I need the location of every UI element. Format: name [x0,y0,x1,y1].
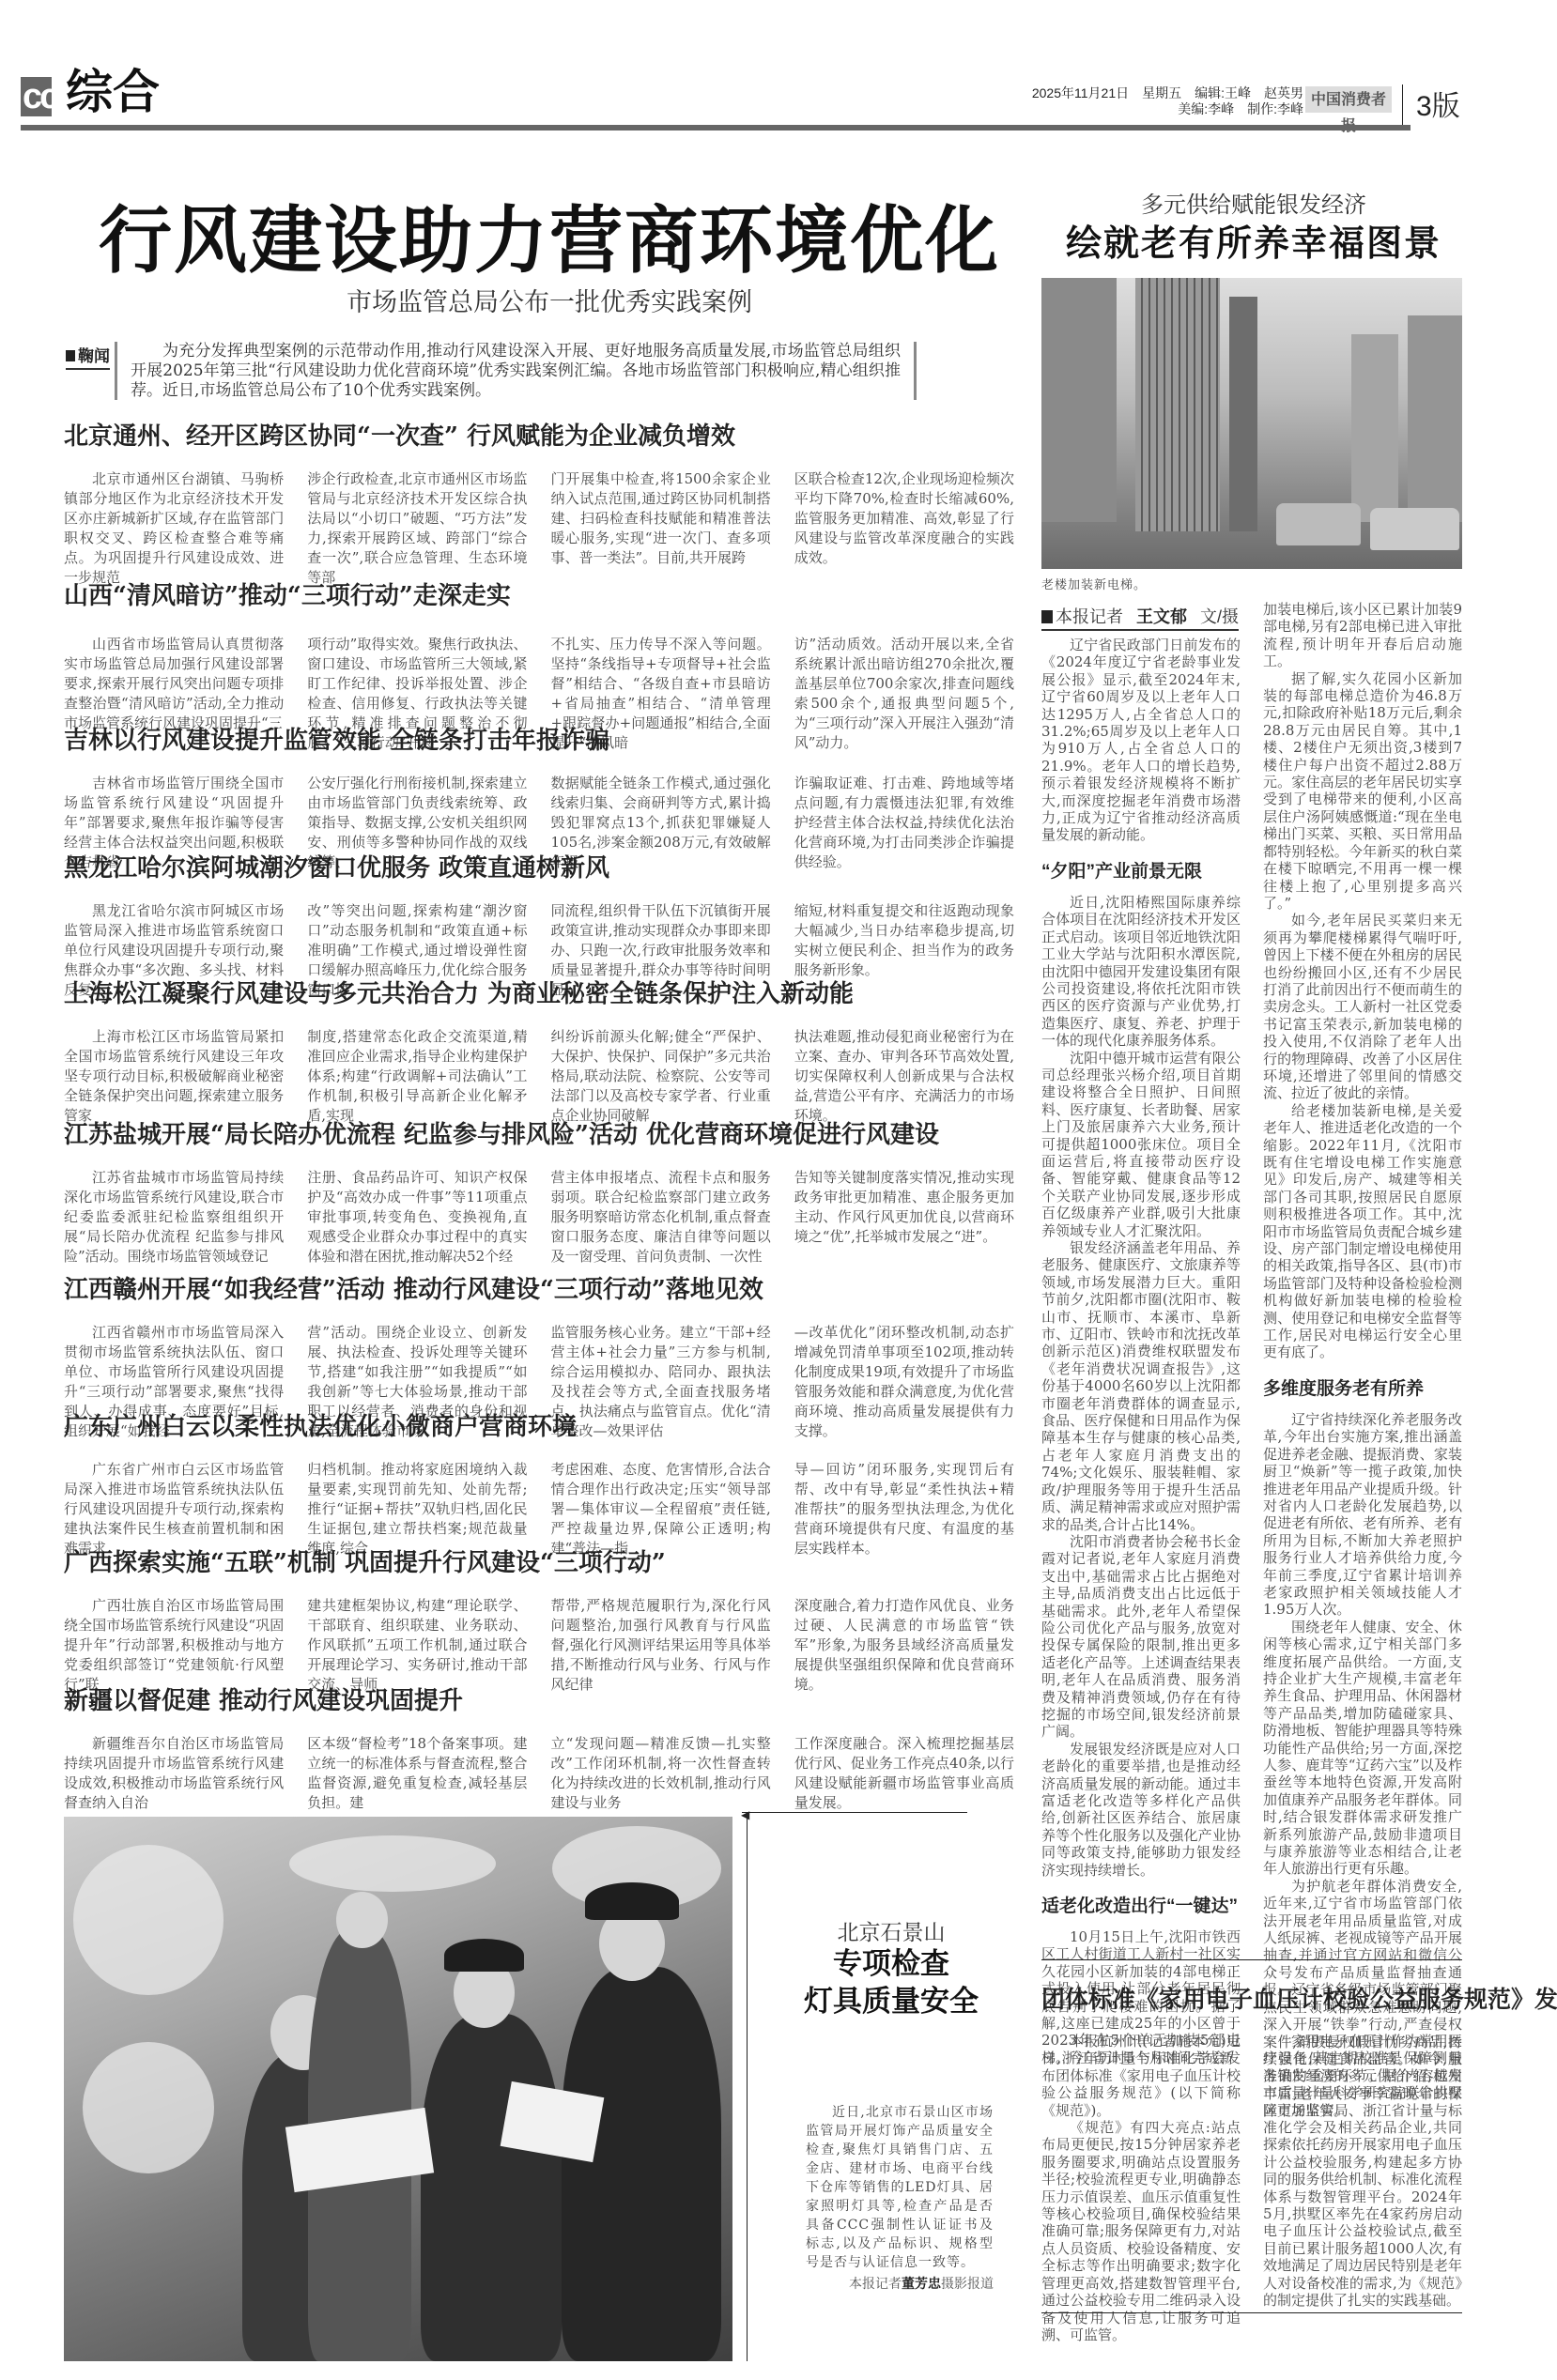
article-column: 北京市通州区台湖镇、马驹桥镇部分地区作为北京经济技术开发区亦庄新城新扩区域,存在… [64,469,284,588]
article-column: 考虑困难、态度、危害情形,合法合情合理作出行政决定;压实“领导部署—集体审议—全… [551,1460,771,1559]
credit-prefix: 本报记者 [849,2276,902,2291]
intro-text: 为充分发挥典型案例的示范带动作用,推动行风建设深入开展、更好地服务高质量发展,市… [131,342,901,401]
bottom-divider [1041,2312,1462,2313]
article-headline: 北京通州、经开区跨区协同“一次查” 行风赋能为企业减负增效 [64,421,1022,453]
paragraph: 辽宁省民政部门日前发布的《2024年度辽宁省老龄事业发展公报》显示,截至2024… [1041,637,1241,844]
date-line: 2025年11月21日 星期五 编辑:王峰 赵英男 [1032,85,1303,101]
section-divider [1041,1959,1462,1960]
section-title: 综合 [66,64,160,120]
paragraph: 给老楼加装新电梯,是关爱老年人、推进适老化改造的一个缩影。2022年11月,《沈… [1263,1102,1462,1361]
bp-column-1: 本报杭州讯(记者施本允)近日,浙江省计量与标准化学会发布团体标准《家用电子血压计… [1041,2033,1241,2343]
article-column: 注册、食品药品许可、知识产权保护及“高效办成一件事”等11项重点审批事项,转变角… [307,1168,527,1267]
article-body: 江苏省盐城市市场监管局持续深化市场监管系统行风建设,联合市纪委监委派驻纪检监察组… [64,1168,1014,1267]
article-headline: 新疆以督促建 推动行风建设巩固提升 [64,1685,1022,1717]
article-column: 广西壮族自治区市场监管局围绕全国市场监管系统行风建设“巩固提升年”行动部署,积极… [64,1596,284,1695]
article-headline: 吉林以行风建设提升监管效能 全链条打击年报诈骗 [64,725,1022,757]
article-column: 深度融合,着力打造作风优良、业务过硬、人民满意的市场监管“铁军”形象,为服务县域… [794,1596,1014,1695]
credit-name: 董芳忠 [902,2276,941,2291]
subheading: 多维度服务老有所养 [1263,1374,1462,1400]
article-body: 上海市松江区市场监管局紧扣全国市场监管系统行风建设三年攻坚专项行动目标,积极破解… [64,1027,1014,1126]
paper-name-badge: 中国消费者报 [1305,86,1392,113]
article-body: 新疆维吾尔自治区市场监管局持续巩固提升市场监管系统行风建设成效,积极推动市场监管… [64,1734,1014,1813]
caption-pointer-line [742,1812,967,1813]
paragraph: 家用电子血压计作为常用医疗设备,其定期校准是保障测量准确的重要环节。据介绍,杭州… [1263,2033,1462,2310]
article-column: 区本级“督检考”18个备案事项。建立统一的标准体系与督查流程,整合监督资源,避免… [307,1734,527,1813]
article-column: 涉企行政检查,北京市通州区市场监管局与北京经济技术开发区综合执法局以“小切口”破… [307,469,527,588]
article-headline: 广东广州白云以柔性执法优化小微商户营商环境 [64,1411,1022,1443]
article-column: 归档机制。推动将家庭困境纳入裁量要素,实现罚前先知、处前先帮;推行“证据+帮扶”… [307,1460,527,1559]
main-subheadline: 市场监管总局公布一批优秀实践案例 [85,282,1014,318]
edition-number: 3版 [1416,83,1460,124]
square-bullet-icon [66,350,75,361]
article-column: 上海市松江区市场监管局紧扣全国市场监管系统行风建设三年攻坚专项行动目标,积极破解… [64,1027,284,1126]
paragraph: 辽宁省持续深化养老服务改革,今年出台实施方案,推出涵盖促进养老金融、提振消费、家… [1263,1411,1462,1619]
bp-headline: 团体标准《家用电子血压计校验公益服务规范》发布 [1041,1981,1462,2015]
intro-box: 为充分发挥典型案例的示范带动作用,推动行风建设深入开展、更好地服务高质量发展,市… [115,342,917,400]
right-column-2: 加装电梯后,该小区已累计加装9部电梯,另有2部电梯已进入审批流程,预计明年开春后… [1263,601,1462,2120]
inspection-photo [64,1817,732,2361]
article-column: 制度,搭建常态化政企交流渠道,精准回应企业需求,指导企业构建保护体系;构建“行政… [307,1027,527,1126]
article-headline: 上海松江凝聚行风建设与多元共治合力 为商业秘密全链条保护注入新动能 [64,978,1022,1010]
elevator-photo [1041,278,1462,569]
byline-name: 鞠闻 [78,347,110,366]
article-headline: 广西探索实施“五联”机制 巩固提升行风建设“三项行动” [64,1547,1022,1579]
right-photo-caption: 老楼加装新电梯。 [1041,575,1147,592]
right-column-1: 辽宁省民政部门日前发布的《2024年度辽宁省老龄事业发展公报》显示,截至2024… [1041,637,1241,2066]
right-headline: 绘就老有所养幸福图景 [1033,214,1474,266]
photo-credit: 本报记者董芳忠摄影报道 [806,2274,994,2293]
article-body: 北京市通州区台湖镇、马驹桥镇部分地区作为北京经济技术开发区亦庄新城新扩区域,存在… [64,469,1014,588]
article-headline: 黑龙江哈尔滨阿城潮汐窗口优服务 政策直通树新风 [64,852,1022,884]
paper-logo: ccn [21,77,52,116]
feature-title-line2: 灯具质量安全 [770,1983,1012,2020]
paragraph: 近日,沈阳椿熙国际康养综合体项目在沈阳经济技术开发区正式启动。该项目邻近地铁沈阳… [1041,894,1241,1050]
bp-column-2: 家用电子血压计作为常用医疗设备,其定期校准是保障测量准确的重要环节。据介绍,杭州… [1263,2033,1462,2310]
article-column: 新疆维吾尔自治区市场监管局持续巩固提升市场监管系统行风建设成效,积极推动市场监管… [64,1734,284,1813]
article-headline: 江西赣州开展“如我经营”活动 推动行风建设“三项行动”落地见效 [64,1274,1022,1306]
feature-location: 北京石景山 [770,1915,1012,1946]
reporter-prefix: 本报记者 [1056,607,1123,626]
paragraph: 据了解,实久花园小区新加装的每部电梯总造价为46.8万元,扣除政府补贴18万元后… [1263,670,1462,913]
article-column: 帮带,严格规范履职行为,深化行风问题整治,加强行风教育与行风监督,强化行风测评结… [551,1596,771,1695]
header-meta: 2025年11月21日 星期五 编辑:王峰 赵英男 美编:李峰 制作:李峰 [1032,85,1303,117]
article-column: 纠纷诉前源头化解;健全“严保护、大保护、快保护、同保护”多元共治格局,联动法院、… [551,1027,771,1126]
article-body: 广西壮族自治区市场监管局围绕全国市场监管系统行风建设“巩固提升年”行动部署,积极… [64,1596,1014,1695]
feature-paragraph: 近日,北京市石景山区市场监管局开展灯饰产品质量安全检查,聚焦灯具销售门店、五金店… [806,2103,994,2272]
article-headline: 山西“清风暗访”推动“三项行动”走深走实 [64,580,1022,612]
article-column: 江苏省盐城市市场监管局持续深化市场监管系统行风建设,联合市纪委监委派驻纪检监察组… [64,1168,284,1267]
subheading: 适老化改造出行“一键达” [1041,1892,1241,1917]
square-bullet-icon [1041,610,1053,623]
staff-line: 美编:李峰 制作:李峰 [1032,101,1303,117]
article-column: 立“发现问题—精准反馈—扎实整改”工作闭环机制,将一次性督查转化为持续改进的长效… [551,1734,771,1813]
masthead-rule [21,125,1411,131]
paragraph: 如今,老年居民买菜归来无须再为攀爬楼梯累得气喘吁吁,曾因上下楼不便在外租房的居民… [1263,912,1462,1101]
article-column: 告知等关键制度落实情况,推动实现政务审批更加精准、惠企服务更加主动、作风行风更加… [794,1168,1014,1267]
byline: 鞠闻 [66,343,110,370]
feature-title: 专项检查 灯具质量安全 [770,1945,1012,2020]
reporter-name: 王文郁 [1136,607,1187,626]
article-column: 营主体申报堵点、流程卡点和服务弱项。联合纪检监察部门建立政务服务明察暗访常态化机… [551,1168,771,1267]
paragraph: 围绕老年人健康、安全、休闲等核心需求,辽宁相关部门多维度拓展产品供给。一方面,支… [1263,1619,1462,1878]
subheading: “夕阳”产业前景无限 [1041,857,1241,883]
article-column: 建共建框架协议,构建“理论联学、干部联育、组织联建、业务联动、作风联抓”五项工作… [307,1596,527,1695]
edition-divider [1402,84,1403,125]
credit-suffix: 摄影报道 [941,2276,994,2291]
article-column: 区联合检查12次,企业现场迎检频次平均下降70%,检查时长缩减60%,监管服务更… [794,469,1014,588]
right-byline: 本报记者王文郁文/摄 [1041,604,1239,631]
feature-title-line1: 专项检查 [770,1945,1012,1983]
main-headline: 行风建设助力营商环境优化 [85,199,1014,284]
paragraph: 沈阳市消费者协会秘书长金霞对记者说,老年人家庭月消费支出中,基础需求占比占据绝对… [1041,1533,1241,1741]
article-column: 工作深度融合。深入梳理挖掘基层优行风、促业务工作亮点40条,以行风建设赋能新疆市… [794,1734,1014,1813]
feature-text: 近日,北京市石景山区市场监管局开展灯饰产品质量安全检查,聚焦灯具销售门店、五金店… [806,2103,994,2272]
paragraph: 本报杭州讯(记者施本允)近日,浙江省计量与标准化学会发布团体标准《家用电子血压计… [1041,2033,1241,2119]
article-column: 导—回访”闭环服务,实现罚后有帮、改中有导,彰显“柔性执法+精准帮扶”的服务型执… [794,1460,1014,1559]
paragraph: 加装电梯后,该小区已累计加装9部电梯,另有2部电梯已进入审批流程,预计明年开春后… [1263,601,1462,670]
article-column: 执法难题,推动侵犯商业秘密行为在立案、查办、审判各环节高效处置,切实保障权利人创… [794,1027,1014,1126]
paragraph: 发展银发经济既是应对人口老龄化的重要举措,也是推动经济高质量发展的新动能。通过丰… [1041,1741,1241,1879]
reporter-suffix: 文/摄 [1200,607,1239,626]
paragraph: 《规范》有四大亮点:站点布局更便民,按15分钟居家养老服务圈要求,明确站点设置服… [1041,2119,1241,2343]
article-column: 门开展集中检查,将1500余家企业纳入试点范围,通过跨区协同机制搭建、扫码检查科… [551,469,771,588]
paragraph: 沈阳中德开城市运营有限公司总经理张兴杨介绍,项目首期建设将整合全日照护、日间照料… [1041,1050,1241,1239]
article-column: 广东省广州市白云区市场监管局深入推进市场监管系统执法队伍行风建设巩固提升专项行动… [64,1460,284,1559]
paragraph: 银发经济涵盖老年用品、养老服务、健康医疗、文旅康养等领域,市场发展潜力巨大。重阳… [1041,1239,1241,1533]
article-body: 广东省广州市白云区市场监管局深入推进市场监管系统执法队伍行风建设巩固提升专项行动… [64,1460,1014,1559]
article-headline: 江苏盐城开展“局长陪办优流程 纪监参与排风险”活动 优化营商环境促进行风建设 [64,1119,1022,1151]
